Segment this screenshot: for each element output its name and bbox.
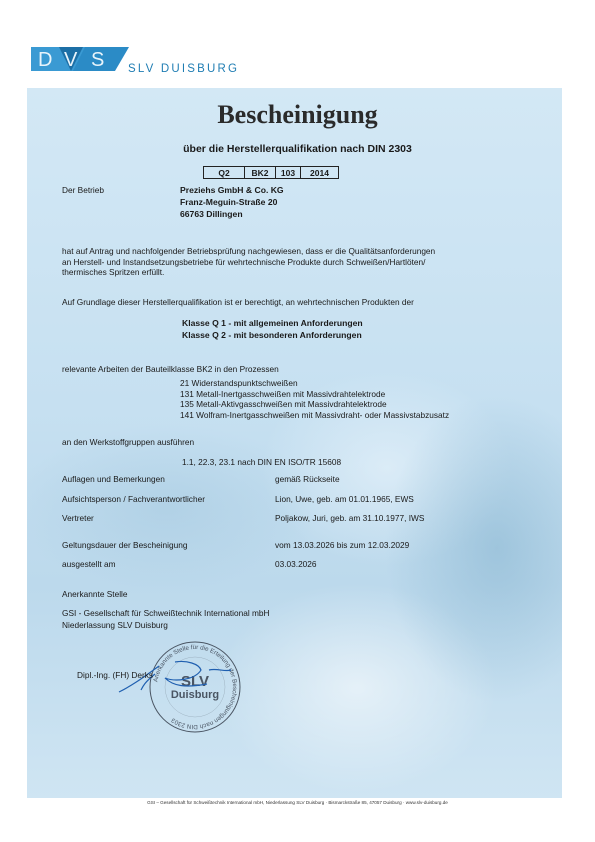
intro-line: hat auf Antrag und nachfolgender Betrieb…	[62, 246, 435, 257]
svg-text:V: V	[64, 49, 78, 71]
signature-stroke	[115, 660, 235, 700]
issued-label: ausgestellt am	[62, 559, 116, 569]
authority-name: GSI - Gesellschaft für Schweißtechnik In…	[62, 608, 270, 618]
svg-text:D: D	[38, 49, 52, 71]
company-label: Der Betrieb	[62, 185, 104, 195]
supervisor-label: Aufsichtsperson / Fachverantwortlicher	[62, 494, 205, 504]
authorization-line: Auf Grundlage dieser Herstellerqualifika…	[62, 297, 414, 307]
intro-line: an Herstell- und Instandsetzungsbetriebe…	[62, 257, 435, 268]
dvs-logo: D V S SLV DUISBURG	[31, 47, 266, 71]
company-street: Franz-Meguin-Straße 20	[180, 197, 277, 207]
document-title: Bescheinigung	[0, 100, 595, 130]
process-item: 141 Wolfram-Inertgasschweißen mit Massiv…	[180, 410, 449, 421]
process-item: 131 Metall-Inertgasschweißen mit Massivd…	[180, 389, 449, 400]
validity-value: vom 13.03.2026 bis zum 12.03.2029	[275, 540, 409, 550]
footer-address: GSI – Gesellschaft für Schweißtechnik In…	[0, 800, 595, 805]
materials-intro: an den Werkstoffgruppen ausführen	[62, 437, 194, 447]
code-class: Q2	[204, 167, 245, 179]
remarks-label: Auflagen und Bemerkungen	[62, 474, 165, 484]
process-item: 21 Widerstandspunktschweißen	[180, 378, 449, 389]
class-q1: Klasse Q 1 - mit allgemeinen Anforderung…	[182, 318, 363, 328]
company-name: Preziehs GmbH & Co. KG	[180, 185, 284, 195]
supervisor-value: Lion, Uwe, geb. am 01.01.1965, EWS	[275, 494, 414, 504]
class-q2: Klasse Q 2 - mit besonderen Anforderunge…	[182, 330, 362, 340]
deputy-value: Poljakow, Juri, geb. am 31.10.1977, IWS	[275, 513, 424, 523]
process-list: 21 Widerstandspunktschweißen 131 Metall-…	[180, 378, 449, 420]
deputy-label: Vertreter	[62, 513, 94, 523]
authority-branch: Niederlassung SLV Duisburg	[62, 620, 168, 630]
processes-intro: relevante Arbeiten der Bauteilklasse BK2…	[62, 364, 279, 374]
process-item: 135 Metall-Aktivgasschweißen mit Massivd…	[180, 399, 449, 410]
document-subtitle: über die Herstellerqualifikation nach DI…	[0, 143, 595, 155]
code-component-class: BK2	[245, 167, 276, 179]
dvs-logo-mark: D V S	[31, 47, 129, 71]
remarks-value: gemäß Rückseite	[275, 474, 340, 484]
validity-label: Geltungsdauer der Bescheinigung	[62, 540, 187, 550]
svg-text:S: S	[91, 49, 104, 71]
company-city: 66763 Dillingen	[180, 209, 243, 219]
certificate-code-table: Q2 BK2 103 2014	[203, 166, 339, 179]
code-year: 2014	[301, 167, 339, 179]
signatory-name: Dipl.-Ing. (FH) Derks	[77, 670, 153, 680]
intro-line: thermisches Spritzen erfüllt.	[62, 267, 435, 278]
logo-subtitle: SLV DUISBURG	[128, 63, 239, 75]
materials-groups: 1.1, 22.3, 23.1 nach DIN EN ISO/TR 15608	[182, 457, 341, 467]
intro-paragraph: hat auf Antrag und nachfolgender Betrieb…	[62, 246, 435, 278]
authority-label: Anerkannte Stelle	[62, 589, 128, 599]
code-number: 103	[276, 167, 301, 179]
issued-value: 03.03.2026	[275, 559, 317, 569]
